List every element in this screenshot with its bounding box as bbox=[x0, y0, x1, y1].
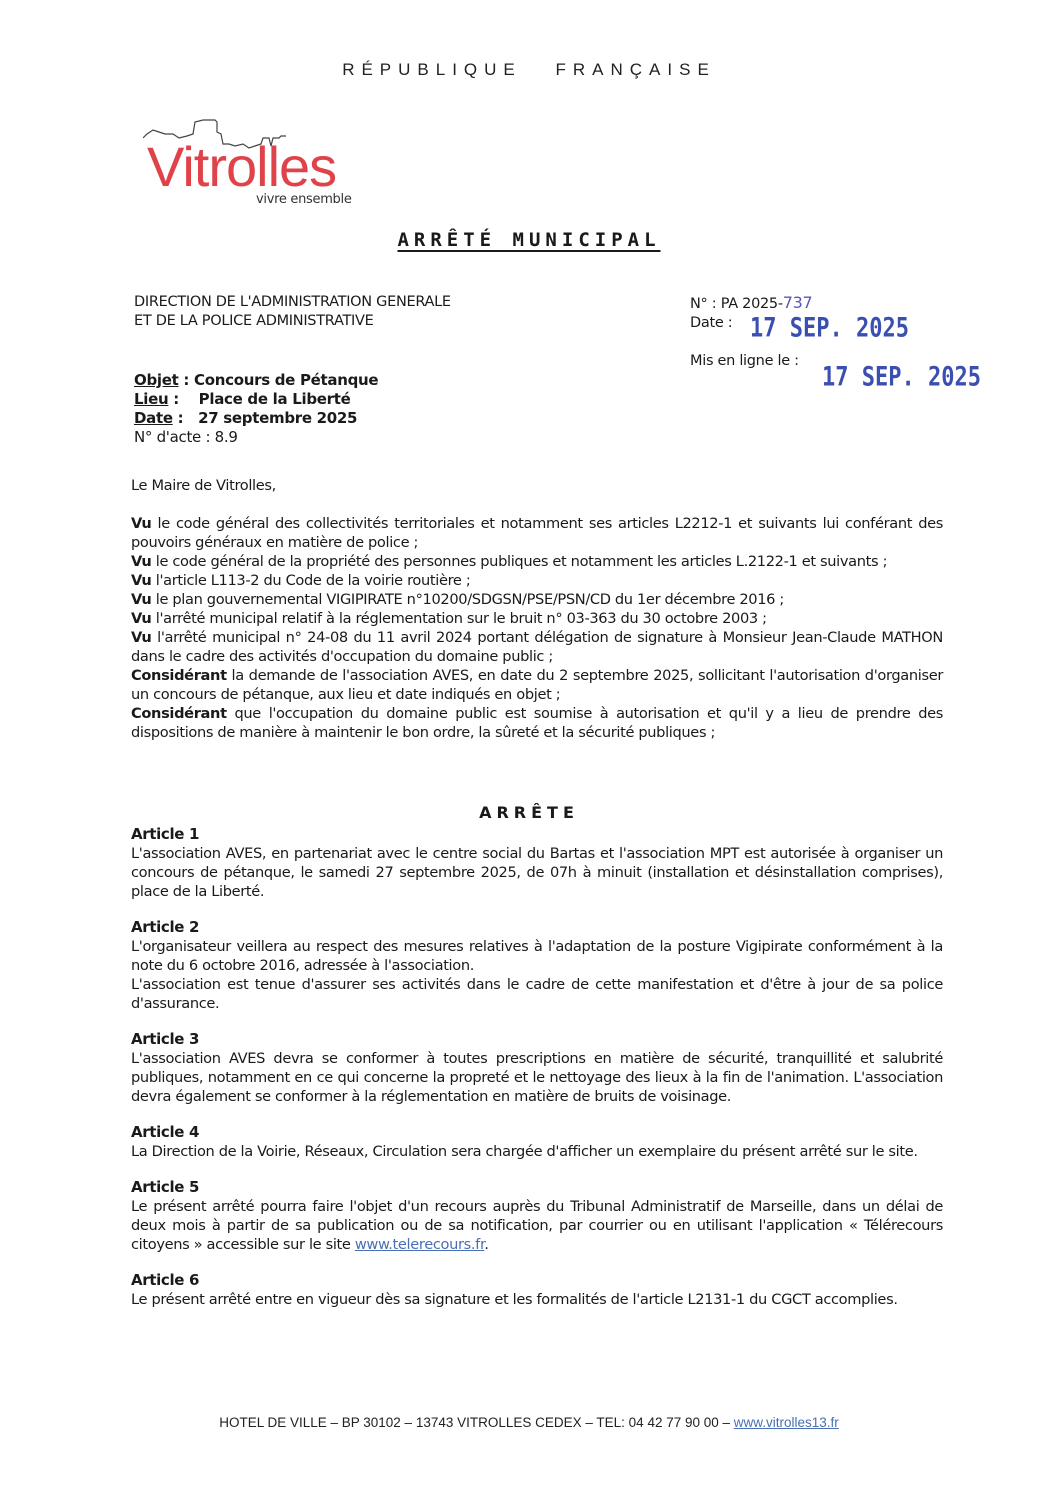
articles-list: Article 1L'association AVES, en partenar… bbox=[131, 825, 943, 1309]
consideration-item: Vu le plan gouvernemental VIGIPIRATE n°1… bbox=[131, 590, 943, 609]
article-paragraph: L'association AVES, en partenariat avec … bbox=[131, 844, 943, 901]
consideration-item: Vu l'arrêté municipal relatif à la régle… bbox=[131, 609, 943, 628]
consideration-text: le code général de la propriété des pers… bbox=[151, 553, 887, 570]
article-title: Article 6 bbox=[131, 1271, 943, 1290]
consideration-keyword: Vu bbox=[131, 553, 151, 570]
handwritten-number: 737 bbox=[783, 293, 813, 312]
subject-lieu: Lieu : Place de la Liberté bbox=[134, 390, 378, 409]
consideration-text: l'article L113-2 du Code de la voirie ro… bbox=[151, 572, 470, 589]
subject-objet: Objet : Concours de Pétanque bbox=[134, 371, 378, 390]
considerations-list: Vu le code général des collectivités ter… bbox=[131, 514, 943, 742]
footer-website-link[interactable]: www.vitrolles13.fr bbox=[734, 1415, 839, 1430]
footer-address: HOTEL DE VILLE – BP 30102 – 13743 VITROL… bbox=[219, 1415, 734, 1430]
article-paragraph: L'association AVES devra se conformer à … bbox=[131, 1049, 943, 1106]
consideration-item: Vu l'article L113-2 du Code de la voirie… bbox=[131, 571, 943, 590]
vitrolles-logo: Vitrolles vivre ensemble bbox=[143, 112, 393, 212]
direction-line-1: DIRECTION DE L'ADMINISTRATION GENERALE bbox=[134, 293, 451, 312]
article-6: Article 6Le présent arrêté entre en vigu… bbox=[131, 1271, 943, 1309]
consideration-keyword: Considérant bbox=[131, 667, 227, 684]
consideration-item: Vu le code général des collectivités ter… bbox=[131, 514, 943, 552]
consideration-keyword: Vu bbox=[131, 610, 151, 627]
consideration-keyword: Vu bbox=[131, 591, 151, 608]
consideration-text: que l'occupation du domaine public est s… bbox=[131, 705, 943, 741]
act-number: N° : PA 2025-737 bbox=[690, 293, 812, 314]
article-title: Article 3 bbox=[131, 1030, 943, 1049]
article-paragraph: Le présent arrêté entre en vigueur dès s… bbox=[131, 1290, 943, 1309]
consideration-text: la demande de l'association AVES, en dat… bbox=[131, 667, 943, 703]
article-2: Article 2L'organisateur veillera au resp… bbox=[131, 918, 943, 1013]
article-title: Article 5 bbox=[131, 1178, 943, 1197]
consideration-text: le plan gouvernemental VIGIPIRATE n°1020… bbox=[151, 591, 784, 608]
article-title: Article 4 bbox=[131, 1123, 943, 1142]
consideration-keyword: Vu bbox=[131, 629, 151, 646]
logo-wordmark: Vitrolles bbox=[147, 139, 336, 195]
direction-line-2: ET DE LA POLICE ADMINISTRATIVE bbox=[134, 312, 451, 331]
act-code: N° d'acte : 8.9 bbox=[134, 428, 378, 447]
online-label: Mis en ligne le : bbox=[690, 352, 812, 371]
article-title: Article 2 bbox=[131, 918, 943, 937]
subject-date: Date : 27 septembre 2025 bbox=[134, 409, 378, 428]
intro: Le Maire de Vitrolles, bbox=[131, 476, 943, 495]
logo-tagline: vivre ensemble bbox=[256, 192, 352, 207]
republique-francaise-header: RÉPUBLIQUE FRANÇAISE bbox=[0, 60, 1058, 80]
direction-block: DIRECTION DE L'ADMINISTRATION GENERALE E… bbox=[134, 293, 451, 331]
date-stamp: 17 SEP. 2025 bbox=[750, 314, 909, 344]
arrete-heading: ARRÊTE bbox=[0, 803, 1058, 822]
consideration-text: l'arrêté municipal n° 24-08 du 11 avril … bbox=[131, 629, 943, 665]
subject-block: Objet : Concours de Pétanque Lieu : Plac… bbox=[134, 371, 378, 447]
document-title: ARRÊTÉ MUNICIPAL bbox=[0, 229, 1058, 251]
article-paragraph: Le présent arrêté pourra faire l'objet d… bbox=[131, 1197, 943, 1254]
consideration-item: Considérant que l'occupation du domaine … bbox=[131, 704, 943, 742]
consideration-text: l'arrêté municipal relatif à la réglemen… bbox=[151, 610, 766, 627]
consideration-text: le code général des collectivités territ… bbox=[131, 515, 943, 551]
consideration-keyword: Vu bbox=[131, 515, 151, 532]
consideration-keyword: Vu bbox=[131, 572, 151, 589]
consideration-item: Vu l'arrêté municipal n° 24-08 du 11 avr… bbox=[131, 628, 943, 666]
article-4: Article 4La Direction de la Voirie, Rése… bbox=[131, 1123, 943, 1161]
consideration-item: Considérant la demande de l'association … bbox=[131, 666, 943, 704]
article-3: Article 3L'association AVES devra se con… bbox=[131, 1030, 943, 1106]
telerecours-link[interactable]: www.telerecours.fr bbox=[355, 1236, 484, 1253]
article-1: Article 1L'association AVES, en partenar… bbox=[131, 825, 943, 901]
article-title: Article 1 bbox=[131, 825, 943, 844]
article-paragraph: L'association est tenue d'assurer ses ac… bbox=[131, 975, 943, 1013]
footer: HOTEL DE VILLE – BP 30102 – 13743 VITROL… bbox=[0, 1415, 1058, 1430]
article-paragraph: L'organisateur veillera au respect des m… bbox=[131, 937, 943, 975]
consideration-item: Vu le code général de la propriété des p… bbox=[131, 552, 943, 571]
article-5: Article 5Le présent arrêté pourra faire … bbox=[131, 1178, 943, 1254]
article-paragraph: La Direction de la Voirie, Réseaux, Circ… bbox=[131, 1142, 943, 1161]
online-date-stamp: 17 SEP. 2025 bbox=[822, 363, 981, 393]
consideration-keyword: Considérant bbox=[131, 705, 227, 722]
